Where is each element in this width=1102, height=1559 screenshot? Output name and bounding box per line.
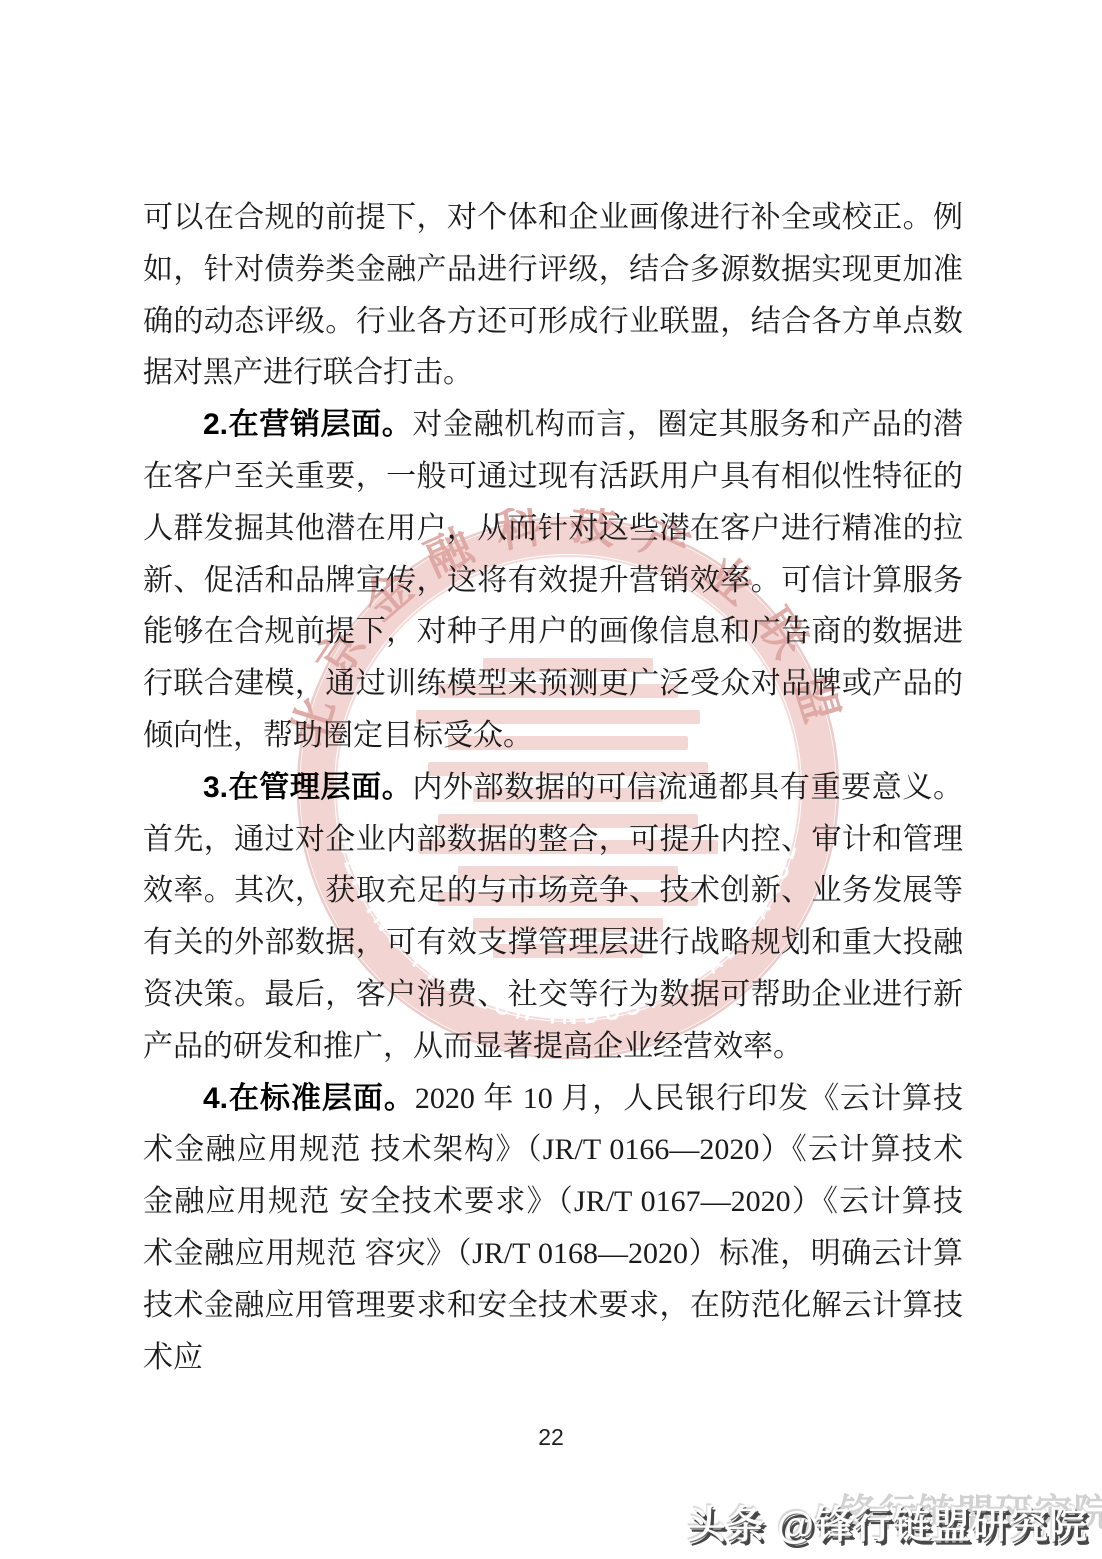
paragraph-standards: 4.在标准层面。2020 年 10 月，人民银行印发《云计算技术金融应用规范 技…: [143, 1073, 963, 1384]
document-page: 北京金融科技产业联盟 BEIJING FINTECH INDUSTRY ALLI…: [0, 0, 1102, 1559]
body-text: 可以在合规的前提下，对个体和企业画像进行补全或校正。例如，针对债券类金融产品进行…: [143, 192, 963, 1383]
paragraph-body: 对金融机构而言，圈定其服务和产品的潜在客户至关重要，一般可通过现有活跃用户具有相…: [143, 408, 963, 752]
paragraph-body: 2020 年 10 月，人民银行印发《云计算技术金融应用规范 技术架构》（JR/…: [143, 1082, 963, 1374]
paragraph-lead: 3.在管理层面。: [203, 771, 412, 804]
paragraph-body: 内外部数据的可信流通都具有重要意义。首先，通过对企业内部数据的整合，可提升内控、…: [143, 771, 963, 1063]
paragraph-lead: 4.在标准层面。: [203, 1082, 415, 1115]
paragraph-marketing: 2.在营销层面。对金融机构而言，圈定其服务和产品的潜在客户至关重要，一般可通过现…: [143, 399, 963, 762]
paragraph-continuation: 可以在合规的前提下，对个体和企业画像进行补全或校正。例如，针对债券类金融产品进行…: [143, 192, 963, 399]
paragraph-body: 可以在合规的前提下，对个体和企业画像进行补全或校正。例如，针对债券类金融产品进行…: [143, 201, 963, 389]
footer-watermark: 锋行链盟研究院 头条 @锋行链盟研究院: [687, 1494, 1088, 1554]
paragraph-lead: 2.在营销层面。: [203, 408, 412, 441]
page-number: 22: [0, 1424, 1102, 1451]
paragraph-management: 3.在管理层面。内外部数据的可信流通都具有重要意义。首先，通过对企业内部数据的整…: [143, 762, 963, 1073]
footer-watermark-text: 头条 @锋行链盟研究院: [687, 1505, 1088, 1547]
footer-watermark-name: 锋行链盟研究院: [815, 1505, 1088, 1547]
footer-watermark-prefix: 头条 @: [687, 1505, 815, 1547]
